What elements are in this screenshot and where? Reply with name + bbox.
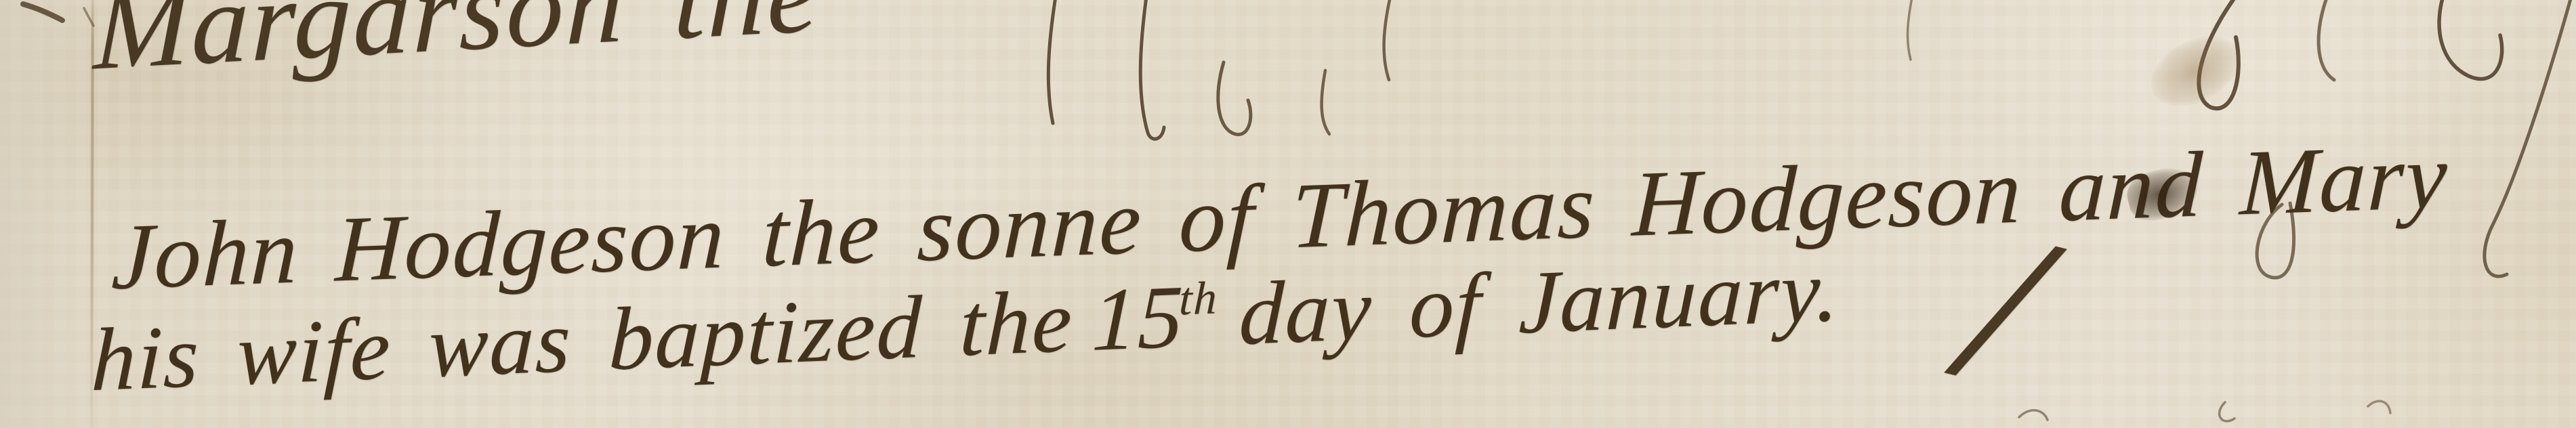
entry-line-2-continuation: day of January. <box>1238 240 1842 364</box>
stray-loop <box>1218 62 1251 135</box>
stray-hairline <box>1908 0 1912 60</box>
stray-curl <box>2439 0 2502 79</box>
stray-descender <box>1140 0 1164 139</box>
stray-loop <box>2319 0 2334 80</box>
stray-descender <box>1048 0 1056 123</box>
bottom-edge-curl <box>2220 402 2235 421</box>
bottom-edge-curl <box>2019 410 2048 420</box>
edge-ink-tick <box>84 8 94 26</box>
edge-ink-mark <box>23 4 62 20</box>
stray-descender <box>1384 0 1390 80</box>
manuscript-page: Margarson the John Hodgeson the sonne of… <box>0 0 2576 428</box>
stray-tail <box>2485 0 2571 276</box>
bottom-edge-curl <box>2368 401 2390 413</box>
ordinal-superscript: th <box>1178 271 1219 326</box>
day-number: 15 <box>1091 266 1186 370</box>
stray-descender <box>1322 70 1329 134</box>
